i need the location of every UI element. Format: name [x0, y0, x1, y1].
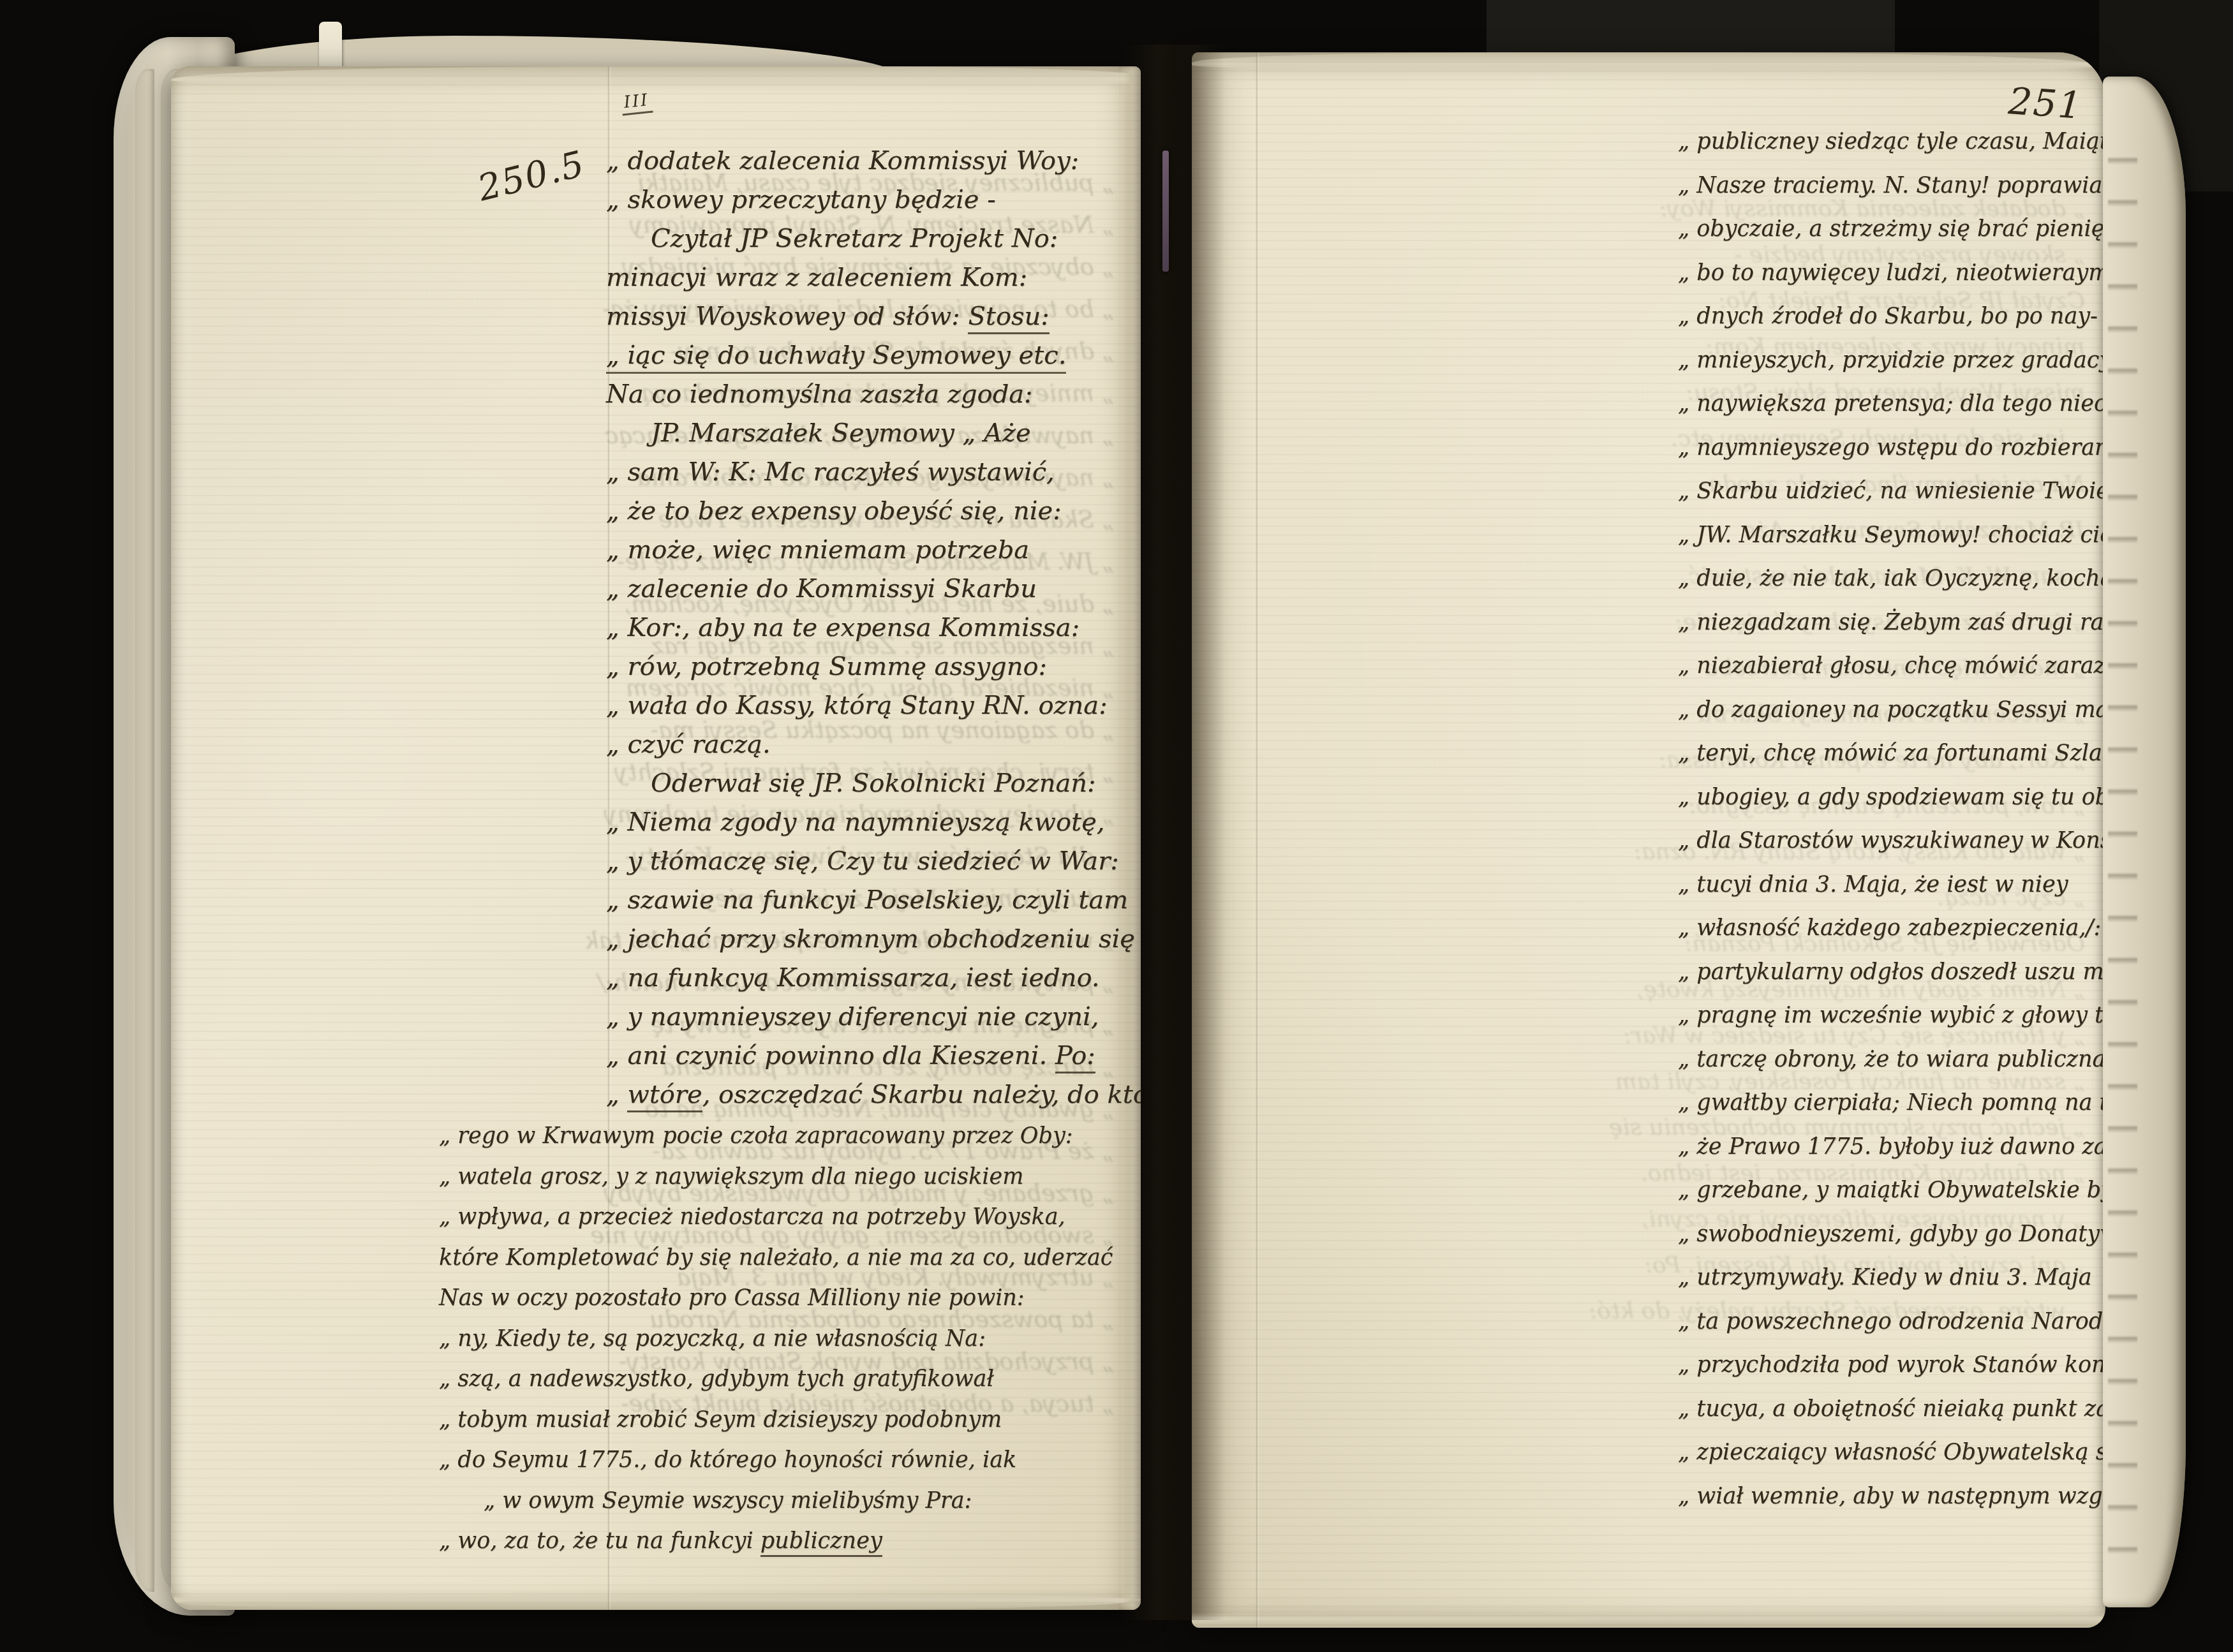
binding-thread: [1162, 151, 1169, 272]
manuscript-line: „ niezgadzam się. Żebym zaś drugi raz: [1678, 601, 2105, 645]
manuscript-line: „ Kor:, aby na te expensa Kommissa:: [606, 608, 1141, 647]
right-page-text-block: „ publiczney siedząc tyle czasu, Maiątki…: [1678, 120, 2105, 1518]
deckle-edge-top: [1192, 52, 2105, 71]
manuscript-line: Na co iednomyślna zaszła zgoda:: [606, 375, 1141, 414]
manuscript-line: „ szawie na funkcyi Poselskiey, czyli ta…: [606, 881, 1141, 920]
manuscript-line: „ przychodziła pod wyrok Stanów konsty-: [1678, 1343, 2105, 1387]
manuscript-line: „ może, więc mniemam potrzeba: [606, 531, 1141, 570]
manuscript-line: „ wo, za to, że tu na funkcyi publiczney: [439, 1521, 1134, 1562]
deckle-edge-top: [171, 66, 1141, 88]
manuscript-line: „ tarczę obrony, że to wiara publiczna: [1678, 1038, 2105, 1082]
folio-number-left: 250.5: [474, 143, 590, 209]
manuscript-line: „ zpieczaiący własność Obywatelską spra-: [1678, 1431, 2105, 1475]
manuscript-line: „ Niema zgody na naymnieyszą kwotę,: [606, 803, 1141, 842]
manuscript-line: minacyi wraz z zaleceniem Kom:: [606, 258, 1141, 297]
manuscript-line: „ watela grosz, y z naywiększym dla nieg…: [439, 1157, 1134, 1198]
left-page-text-block-1: „ dodatek zalecenia Kommissyi Woy:„ skow…: [606, 142, 1141, 1114]
manuscript-line: „ teryi, chcę mówić za fortunami Szlacht…: [1678, 732, 2105, 776]
right-page: „ dodatek zalecenia Kommissyi Woy:„ skow…: [1192, 52, 2105, 1628]
manuscript-line: „ wała do Kassy, którą Stany RN. ozna:: [606, 686, 1141, 725]
manuscript-line: „ jechać przy skromnym obchodzeniu się: [606, 920, 1141, 959]
manuscript-line: „ tobym musiał zrobić Seym dzisieyszy po…: [439, 1400, 1134, 1441]
manuscript-line: „ tucya, a oboiętność nieiaką punkt zabe…: [1678, 1387, 2105, 1431]
manuscript-line: „ duie, że nie tak, iak Oyczyznę, kocham…: [1678, 557, 2105, 601]
manuscript-line: „ w owym Seymie wszyscy mielibyśmy Pra:: [439, 1481, 1134, 1522]
manuscript-line: „ dodatek zalecenia Kommissyi Woy:: [606, 142, 1141, 181]
manuscript-line: „ tucyi dnia 3. Maja, że iest w niey: [1678, 863, 2105, 907]
manuscript-line: „ obyczaie, a strzeżmy się brać pieniędz…: [1678, 207, 2105, 251]
manuscript-line: „ własność każdego zabezpieczenia,/: bo …: [1678, 906, 2105, 950]
page-crease: [1256, 52, 1259, 1628]
stacked-sheet-edge: [135, 69, 154, 1592]
manuscript-line: „ do Seymu 1775., do którego hoyności ró…: [439, 1440, 1134, 1481]
manuscript-line: „ utrzymywały. Kiedy w dniu 3. Maja: [1678, 1256, 2105, 1300]
manuscript-line: „ dla Starostów wyszukiwaney w Konsty-: [1678, 819, 2105, 863]
section-mark: III: [620, 91, 653, 116]
manuscript-line: „ iąc się do uchwały Seymowey etc.: [606, 336, 1141, 375]
manuscript-line: „ wiał wemnie, aby w następnym względem: [1678, 1475, 2105, 1519]
manuscript-line: JP. Marszałek Seymowy „ Aże: [606, 414, 1141, 453]
left-page: „ publiczney siedząc tyle czasu, Maiątki…: [171, 66, 1141, 1610]
manuscript-line: „ że to bez expensy obeyść się, nie:: [606, 492, 1141, 531]
manuscript-line: „ sam W: K: Mc raczyłeś wystawić,: [606, 453, 1141, 492]
manuscript-line: „ Nasze traciemy. N. Stany! poprawiamy: [1678, 164, 2105, 208]
manuscript-scan: „ publiczney siedząc tyle czasu, Maiątki…: [0, 0, 2233, 1652]
manuscript-line: „ ny, Kiedy te, są pozyczką, a nie własn…: [439, 1319, 1134, 1360]
manuscript-line: „ bo to naywięcey ludzi, nieotwieraymy ż…: [1678, 251, 2105, 295]
manuscript-line: „ szą, a nadewszystko, gdybym tych graty…: [439, 1359, 1134, 1400]
manuscript-line: „ ta powszechnego odrodzenia Narodu: [1678, 1300, 2105, 1344]
manuscript-line: „ grzebane, y maiątki Obywatelskie byłyb…: [1678, 1169, 2105, 1213]
manuscript-line: „ swobodnieyszemi, gdyby go Donatywy nie: [1678, 1213, 2105, 1257]
manuscript-line: „ naymnieyszego wstępu do rozbierania: [1678, 426, 2105, 470]
manuscript-line: „ rego w Krwawym pocie czoła zapracowany…: [439, 1116, 1134, 1157]
manuscript-line: „ y naymnieyszey diferencyi nie czyni,: [606, 998, 1141, 1036]
manuscript-line: Nas w oczy pozostało pro Cassa Milliony …: [439, 1278, 1134, 1319]
manuscript-line: „ Skarbu uidzieć, na wniesienie Twoie: [1678, 469, 2105, 513]
manuscript-line: „ do zagaioney na początku Sessyi ma-: [1678, 688, 2105, 732]
manuscript-line: „ na funkcyą Kommissarza, iest iedno.: [606, 959, 1141, 998]
manuscript-line: „ partykularny odgłos doszedł uszu moich…: [1678, 950, 2105, 994]
manuscript-line: „ JW. Marszałku Seymowy! chociaż cię le-: [1678, 513, 2105, 557]
manuscript-line: „ naywiększa pretensya; dla tego niechcą…: [1678, 382, 2105, 426]
manuscript-line: „ rów, potrzebną Summę assygno:: [606, 647, 1141, 686]
manuscript-line: Czytał JP Sekretarz Projekt No:: [606, 219, 1141, 258]
manuscript-line: „ mnieyszych, przyidzie przez gradacyą: [1678, 339, 2105, 383]
manuscript-line: które Kompletować by się należało, a nie…: [439, 1238, 1134, 1279]
deckle-edge-bottom: [1192, 1612, 2105, 1628]
manuscript-line: „ dnych źrodeł do Skarbu, bo po nay-: [1678, 295, 2105, 339]
left-page-text-block-2: „ rego w Krwawym pocie czoła zapracowany…: [439, 1116, 1134, 1562]
manuscript-line: „ skowey przeczytany będzie -: [606, 181, 1141, 219]
right-page-stack-edges: [2103, 77, 2186, 1607]
manuscript-line: „ publiczney siedząc tyle czasu, Maiątki: [1678, 120, 2105, 164]
manuscript-line: Oderwał się JP. Sokolnicki Poznań:: [606, 764, 1141, 803]
underlined-word: wtóre: [627, 1080, 702, 1112]
manuscript-line: „ gwałtby cierpiała; Niech pomną na to: [1678, 1081, 2105, 1125]
manuscript-line: „ ani czynić powinno dla Kieszeni. Po:: [606, 1036, 1141, 1075]
manuscript-line: „ czyć raczą.: [606, 725, 1141, 764]
manuscript-line: „ zalecenie do Kommissyi Skarbu: [606, 570, 1141, 608]
manuscript-line: „ wpływa, a przecież niedostarcza na pot…: [439, 1197, 1134, 1238]
underlined-word: publiczney: [760, 1528, 882, 1557]
manuscript-line: „ ubogiey, a gdy spodziewam się tu obron…: [1678, 776, 2105, 820]
next-page-ink-glimpse: [2108, 122, 2137, 1561]
manuscript-line: „ niezabierał głosu, chcę mówić zarazem: [1678, 644, 2105, 688]
manuscript-line: missyi Woyskowey od słów: Stosu:: [606, 297, 1141, 336]
underlined-word: Po:: [1055, 1041, 1095, 1073]
deckle-edge-bottom: [171, 1593, 1141, 1610]
manuscript-line: „ wtóre, oszczędzać Skarbu należy, do kt…: [606, 1075, 1141, 1114]
underlined-word: Stosu:: [968, 302, 1049, 334]
manuscript-line: „ pragnę im wcześnie wybić z głowy tę: [1678, 994, 2105, 1038]
manuscript-line: „ że Prawo 1775. byłoby iuż dawno za-: [1678, 1125, 2105, 1169]
book-gutter-shadow: [1123, 45, 1225, 1620]
manuscript-line: „ y tłómaczę się, Czy tu siedzieć w War:: [606, 842, 1141, 881]
